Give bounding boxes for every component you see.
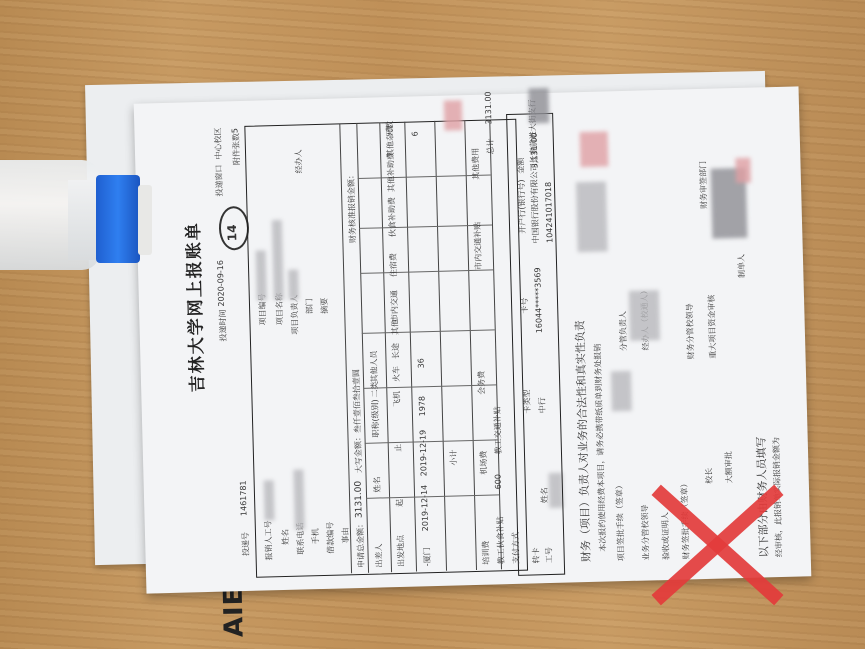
staff-meal-allowance-label: 教工伙食补贴 — [495, 516, 507, 564]
fee-airport: 机场费 — [478, 451, 490, 475]
rank-header: 职称(级别) — [370, 399, 382, 438]
total-amount-label: 申请总金额： — [355, 520, 367, 568]
department-label: 部门 — [304, 298, 315, 314]
sign-project: 项目签批手续（签章） — [614, 481, 627, 561]
staff-transport-allowance-value: 600 — [494, 474, 503, 490]
row-start: 2019-12-14 — [420, 485, 430, 532]
responsibility-statement: 财务（项目）负责人对业务的合法性和真实性负责 — [572, 320, 594, 562]
redacted-signature — [611, 371, 632, 412]
staff-transport-allowance-label: 教工交通补贴 — [492, 406, 504, 454]
class-header: 二类 — [369, 381, 380, 397]
project-leader-label: 项目负责人 — [289, 295, 301, 335]
sign-preparer: 制单人 — [736, 254, 748, 278]
name-label: 姓名 — [280, 529, 291, 545]
col-end: 止 — [393, 444, 404, 452]
handwritten-number: 14 — [225, 224, 239, 241]
reason-label: 事由 — [340, 527, 351, 543]
col-other-allowance: 其他补助费 — [385, 152, 397, 192]
row-from: -厦门 — [421, 547, 432, 566]
row-end: 2019-12-19 — [418, 430, 428, 477]
row-bus: 36 — [416, 358, 425, 368]
redacted-field — [256, 250, 267, 300]
attachments-value: 5 — [230, 128, 239, 133]
report-time-value: 2020-09-16 — [216, 260, 226, 307]
total-label: 总计 — [485, 138, 496, 154]
row-days: 6 — [411, 131, 420, 136]
fee-training: 培训费 — [480, 541, 492, 565]
summary-label: 摘要 — [319, 298, 330, 314]
reimburser-id-label: 报销人工号 — [263, 520, 275, 560]
redacted-signature — [629, 290, 660, 341]
sign-large-amount: 大额审批 — [723, 451, 735, 483]
bottle-cap-seal — [138, 185, 152, 255]
sign-major-project: 重大项目资金审核 — [706, 295, 719, 359]
bottle-cap — [96, 175, 140, 263]
total-amount-value: 3131.00 — [354, 481, 365, 518]
redacted-field — [264, 480, 275, 520]
row-plane: 1978 — [417, 396, 427, 417]
redacted-field — [272, 220, 284, 300]
col-bus: 长途 — [390, 343, 401, 359]
responsibility-note: 本次报约使用经费本项目，请务必携带纸质单到财务处报销 — [592, 344, 608, 552]
col-plane: 飞机 — [391, 391, 402, 407]
fee-conference: 会务费 — [476, 371, 488, 395]
report-time-label: 投递时间 — [217, 309, 229, 341]
redacted-field — [288, 270, 299, 300]
mobile-label: 手机 — [310, 528, 321, 544]
col-days: 天数 — [384, 121, 395, 137]
other-staff-header: 其他人员 — [368, 350, 380, 382]
subtotal-label: 小计 — [448, 449, 459, 465]
traveler-header: 出差人 — [373, 543, 385, 567]
sign-finance-vp: 财务分管校领导 — [684, 303, 696, 359]
finance-approved-label: 财务核准报销金额： — [346, 171, 359, 243]
doc-no-value: 1461781 — [239, 480, 249, 516]
window-value: 中心校区 — [212, 127, 224, 159]
col-from: 出发地点 — [395, 535, 407, 567]
fee-other: 其他费用 — [470, 148, 482, 180]
form-title: 吉林大学网上报账单 — [179, 221, 208, 393]
window-label: 投递窗口 — [213, 164, 225, 196]
loan-no-label: 借款编号 — [325, 522, 337, 554]
col-lodging: 住宿费 — [388, 253, 400, 277]
traveler-name-header: 姓名 — [372, 476, 383, 492]
redacted-field — [444, 100, 463, 130]
red-x-mark — [645, 480, 785, 610]
redacted-field — [293, 469, 305, 529]
grand-total-value: 3131.00 — [483, 91, 493, 124]
col-train: 火车 — [391, 366, 402, 382]
col-local-transport: 市内交通 — [389, 290, 401, 322]
sign-deputy: 分管负责人 — [617, 311, 629, 351]
redacted-signature — [576, 181, 608, 252]
col-meal: 伙食补助费 — [386, 197, 398, 237]
attachments-label: 附件张数 — [231, 133, 243, 165]
doc-no-label: 投递号 — [240, 532, 252, 556]
col-start: 起 — [394, 499, 405, 507]
redacted-signature — [580, 131, 609, 167]
fee-insurance: 市内交通补贴 — [472, 222, 484, 270]
redacted-signature — [735, 158, 751, 183]
redacted-signature — [528, 88, 549, 124]
sign-finance-dept: 财务审签部门 — [697, 161, 709, 209]
